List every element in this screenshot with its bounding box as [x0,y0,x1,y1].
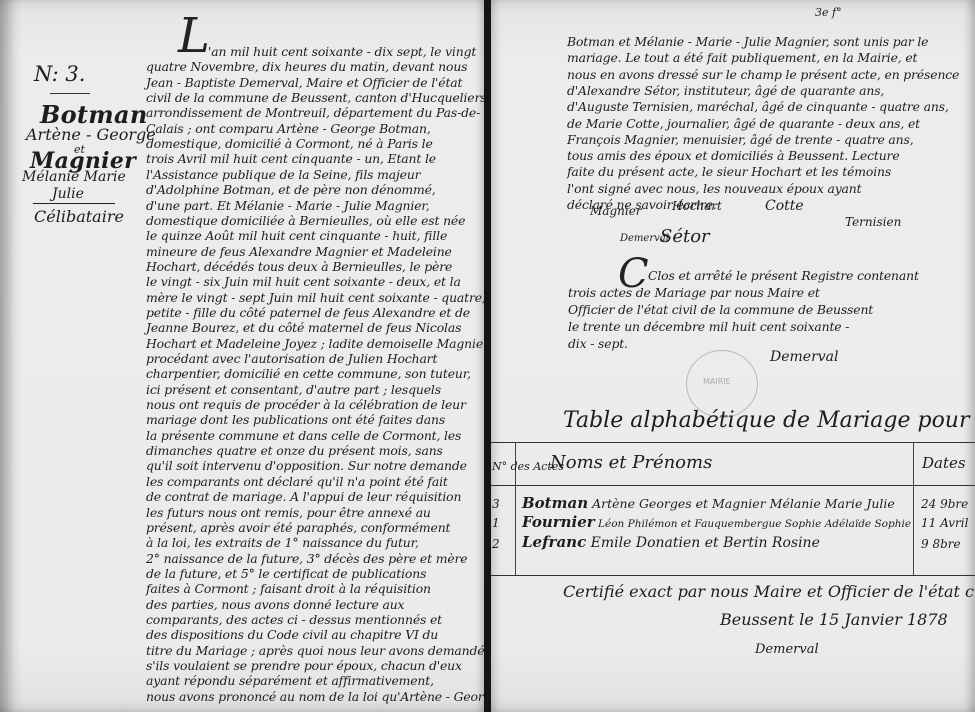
body-line: Botman et Mélanie - Marie - Julie Magnie… [567,34,928,50]
margin-divider-2 [33,203,115,204]
body-line: s'ils voulaient se prendre pour époux, c… [146,658,462,674]
closing-line-5: dix - sept. [568,336,628,352]
body-line: 2° naissance de la future, 3° décès des … [146,551,467,567]
body-line: faites à Cormont ; faisant droit à la ré… [146,581,431,597]
closing-line-4: le trente un décembre mil huit cent soix… [568,319,849,335]
body-line: trois Avril mil huit cent cinquante - un… [146,151,436,167]
body-line: dimanches quatre et onze du présent mois… [146,443,443,459]
body-line: arrondissement de Montreuil, département… [146,105,480,121]
body-line: d'Auguste Ternisien, maréchal, âgé de ci… [567,99,949,115]
body-line: nous en avons dressé sur le champ le pré… [567,67,959,83]
body-line: ayant répondu séparément et affirmativem… [146,673,434,689]
body-line: tous amis des époux et domiciliés à Beus… [567,148,900,164]
body-line: nous avons prononcé au nom de la loi qu'… [146,689,484,705]
book-gutter [484,0,491,712]
body-line: à la loi, les extraits de 1° naissance d… [146,535,419,551]
body-line: Calais ; ont comparu Artène - George Bot… [146,121,431,137]
closing-line-1: Clos et arrêté le présent Registre conte… [648,268,919,284]
body-line: l'ont signé avec nous, les nouveaux épou… [567,181,861,197]
body-line: Hochart et Madeleine Joyez ; ladite demo… [146,336,484,352]
left-page: L N: 3. Botman Artène - George et Magnie… [0,0,484,712]
body-line: l'Assistance publique de la Seine, fils … [146,167,420,183]
marital-status: Célibataire [34,207,124,226]
body-line: petite - fille du côté paternel de feus … [146,305,470,321]
body-line: François Magnier, menuisier, âgé de tren… [567,132,914,148]
signature-magnier: Magnier [590,204,642,218]
table-title: Table alphabétique de Mariage pour 1877 [563,408,975,433]
bride-given-names-2: Julie [52,186,84,202]
body-line: d'une part. Et Mélanie - Marie - Julie M… [146,198,430,214]
body-line: Jeanne Bourez, et du côté maternel de fe… [146,320,461,336]
header-names: Noms et Prénoms [550,452,712,473]
body-line: titre du Mariage ; après quoi nous leur … [146,643,484,659]
entry-number: N: 3. [34,62,85,86]
body-line: d'Adolphine Botman, et de père non dénom… [146,182,436,198]
body-line: mère le vingt - sept Juin mil huit cent … [146,290,484,306]
body-line: mineure de feus Alexandre Magnier et Mad… [146,244,452,260]
body-line: charpentier, domicilié en cette commune,… [146,366,471,382]
drop-cap: L [178,8,210,64]
body-line: les comparants ont déclaré qu'il n'a poi… [146,474,448,490]
closing-line-3: Officier de l'état civil de la commune d… [568,302,873,318]
body-line: le quinze Août mil huit cent cinquante -… [146,228,447,244]
body-line: qu'il soit intervenu d'opposition. Sur n… [146,458,467,474]
certification-signature: Demerval [755,642,819,657]
body-line: faite du présent acte, le sieur Hochart … [567,164,891,180]
folio-number: 3e f° [815,6,842,19]
body-line: Hochart, décédés tous deux à Bernieulles… [146,259,452,275]
body-line: des parties, nous avons donné lecture au… [146,597,404,613]
body-line: ici présent et consentant, d'autre part … [146,382,441,398]
groom-given-names: Artène - George [26,125,156,144]
body-line: présent, après avoir été paraphés, confo… [146,520,450,536]
closing-line-2: trois actes de Mariage par nous Maire et [568,285,820,301]
header-dates: Dates [922,454,966,472]
body-line: quatre Novembre, dix heures du matin, de… [146,59,467,75]
body-line: comparants, des actes ci - dessus mentio… [146,612,442,628]
bride-given-names-1: Mélanie Marie [22,169,126,185]
closing-signature: Demerval [770,349,839,365]
margin-divider [50,93,90,94]
certification-line-2: Beussent le 15 Janvier 1878 [720,610,948,629]
signature-cotte: Cotte [765,198,804,214]
body-line: domestique, domicilié à Cormont, né à Pa… [146,136,433,152]
body-line: Jean - Baptiste Demerval, Maire et Offic… [146,75,462,91]
body-line: le vingt - six Juin mil huit cent soixan… [146,274,461,290]
body-line: nous ont requis de procéder à la célébra… [146,397,466,413]
signature-demerval-small: Demerval [620,233,669,244]
body-line: d'Alexandre Sétor, instituteur, âgé de q… [567,83,884,99]
signature-ternisien: Ternisien [845,215,901,229]
body-line: mariage. Le tout a été fait publiquement… [567,50,917,66]
body-line: la présente commune et dans celle de Cor… [146,428,461,444]
body-line: de la future, et 5° le certificat de pub… [146,566,426,582]
body-line: procédant avec l'autorisation de Julien … [146,351,437,367]
body-line: civil de la commune de Beussent, canton … [146,90,484,106]
body-line: mariage dont les publications ont été fa… [146,412,445,428]
certification-line-1: Certifié exact par nous Maire et Officie… [563,582,975,601]
body-line: des dispositions du Code civil au chapit… [146,627,438,643]
body-line: de Marie Cotte, journalier, âgé de quara… [567,116,920,132]
signature-hochart: Hochart [672,199,722,213]
body-line: domestique domiciliée à Bernieulles, où … [146,213,465,229]
body-line: de contrat de mariage. A l'appui de leur… [146,489,461,505]
body-line: 'an mil huit cent soixante - dix sept, l… [208,44,476,60]
body-line: les futurs nous ont remis, pour être ann… [146,505,431,521]
